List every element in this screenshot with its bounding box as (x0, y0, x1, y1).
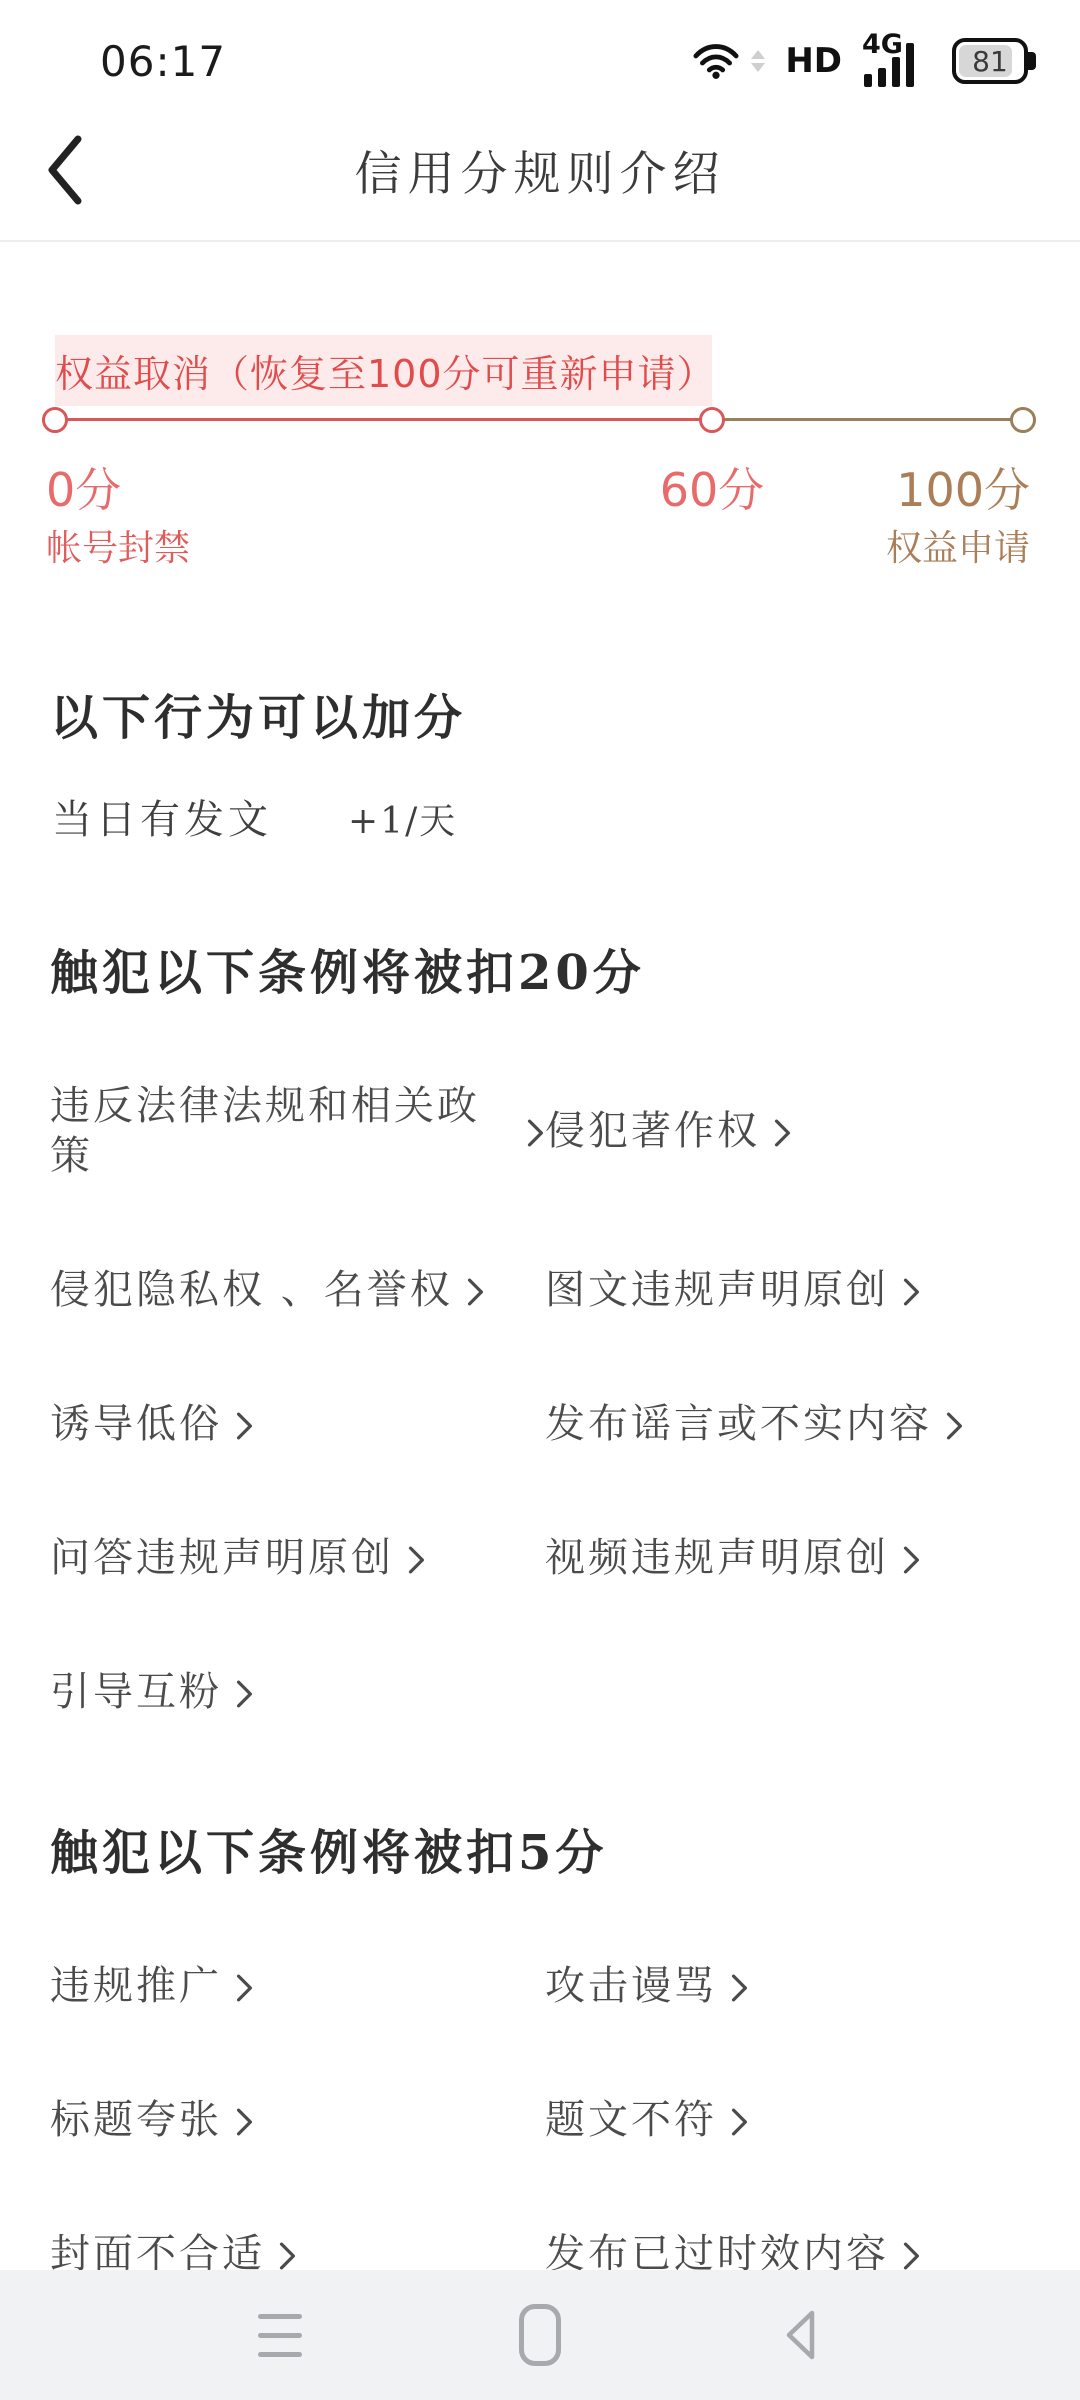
page-title: 信用分规则介绍 (355, 137, 726, 204)
chevron-right-icon (236, 1412, 254, 1440)
rule-item-label: 题文不符 (545, 2095, 717, 2145)
score-sublabel-banned: 帐号封禁 (46, 520, 190, 571)
chevron-right-icon (236, 1974, 254, 2002)
chevron-right-icon (527, 1119, 545, 1147)
rule-item[interactable]: 攻击谩骂 (545, 1961, 1080, 2011)
rule-item-label: 侵犯隐私权 、名誉权 (50, 1265, 453, 1315)
track-segment-brown (712, 418, 1023, 421)
home-icon (519, 2304, 561, 2366)
status-time: 06:17 (100, 37, 226, 86)
rule-item-label: 违反法律法规和相关政策 (50, 1081, 513, 1181)
rule-item[interactable]: 诱导低俗 (50, 1399, 545, 1449)
bottom-nav-bar (0, 2270, 1080, 2400)
nav-back-button[interactable] (740, 2285, 860, 2385)
hd-badge: HD (785, 41, 842, 81)
track-node-60 (699, 407, 725, 433)
rule-item[interactable]: 违规推广 (50, 1961, 545, 2011)
home-button[interactable] (480, 2285, 600, 2385)
chevron-right-icon (236, 1680, 254, 1708)
network-activity-arrows-icon (751, 50, 765, 72)
chevron-right-icon (731, 2108, 749, 2136)
rule-item[interactable]: 发布谣言或不实内容 (545, 1399, 1080, 1449)
section-heading-bonus: 以下行为可以加分 (50, 690, 1080, 746)
penalty20-rule-grid: 违反法律法规和相关政策 侵犯著作权 侵犯隐私权 、名誉权 图文违规声明原创 诱导… (50, 1081, 1080, 1717)
rule-item[interactable]: 侵犯著作权 (545, 1081, 1080, 1181)
battery-nub (1028, 52, 1036, 70)
rule-item-label: 图文违规声明原创 (545, 1265, 889, 1315)
rule-item-label: 视频违规声明原创 (545, 1533, 889, 1583)
track-node-100 (1010, 407, 1036, 433)
score-sublabels: 帐号封禁 权益申请 (0, 520, 1080, 566)
score-mark-0: 0分 (46, 454, 121, 520)
score-sublabel-apply: 权益申请 (886, 520, 1030, 571)
rule-item[interactable]: 题文不符 (545, 2095, 1080, 2145)
chevron-right-icon (467, 1278, 485, 1306)
recents-button[interactable] (220, 2285, 340, 2385)
bonus-rule-row: 当日有发文 +1/天 (52, 788, 1080, 845)
chevron-right-icon (946, 1412, 964, 1440)
rule-item-label: 引导互粉 (50, 1667, 222, 1717)
chevron-right-icon (903, 1278, 921, 1306)
rule-item-label: 攻击谩骂 (545, 1961, 717, 2011)
menu-icon (258, 2314, 302, 2357)
battery-icon: 81 (952, 38, 1028, 84)
battery-percentage: 81 (956, 42, 1024, 80)
section-heading-penalty5: 触犯以下条例将被扣5分 (50, 1825, 1080, 1881)
chevron-left-icon (44, 134, 84, 206)
app-header: 信用分规则介绍 (0, 100, 1080, 242)
chevron-right-icon (731, 1974, 749, 2002)
back-triangle-icon (780, 2308, 820, 2362)
section-heading-penalty20: 触犯以下条例将被扣20分 (50, 945, 1080, 1001)
bonus-rule-label: 当日有发文 (52, 788, 272, 845)
rule-item-label: 诱导低俗 (50, 1399, 222, 1449)
wifi-icon (693, 43, 739, 80)
status-bar: 06:17 HD 4G 81 (0, 0, 1080, 100)
chevron-right-icon (408, 1546, 426, 1574)
chevron-right-icon (774, 1119, 792, 1147)
rule-item-label: 违规推广 (50, 1961, 222, 2011)
chevron-right-icon (279, 2242, 297, 2270)
rule-item-label: 侵犯著作权 (545, 1106, 760, 1156)
rule-item-label: 标题夸张 (50, 2095, 222, 2145)
bonus-rule-value: +1/天 (348, 793, 457, 844)
rule-item[interactable]: 问答违规声明原创 (50, 1533, 545, 1583)
rule-item[interactable]: 图文违规声明原创 (545, 1265, 1080, 1315)
rule-item[interactable]: 侵犯隐私权 、名誉权 (50, 1265, 545, 1315)
score-track (0, 406, 1080, 432)
rule-item-label: 发布谣言或不实内容 (545, 1399, 932, 1449)
chevron-right-icon (236, 2108, 254, 2136)
rule-item[interactable]: 标题夸张 (50, 2095, 545, 2145)
rule-item[interactable]: 视频违规声明原创 (545, 1533, 1080, 1583)
score-mark-100: 100分 (896, 454, 1030, 520)
track-segment-red (55, 418, 712, 421)
penalty5-rule-grid: 违规推广 攻击谩骂 标题夸张 题文不符 封面不合适 发布已过时效内容 (50, 1961, 1080, 2279)
signal-bars-icon: 4G (862, 33, 932, 89)
score-labels: 0分 60分 100分 (0, 454, 1080, 512)
rule-item[interactable]: 引导互粉 (50, 1667, 545, 1717)
rule-item[interactable]: 违反法律法规和相关政策 (50, 1081, 545, 1181)
track-node-0 (42, 407, 68, 433)
back-button[interactable] (44, 132, 100, 208)
status-icons: HD 4G 81 (693, 33, 1028, 89)
privilege-cancel-banner: 权益取消（恢复至100分可重新申请） (55, 335, 712, 406)
rule-item-label: 问答违规声明原创 (50, 1533, 394, 1583)
chevron-right-icon (903, 2242, 921, 2270)
score-mark-60: 60分 (660, 454, 765, 520)
chevron-right-icon (903, 1546, 921, 1574)
